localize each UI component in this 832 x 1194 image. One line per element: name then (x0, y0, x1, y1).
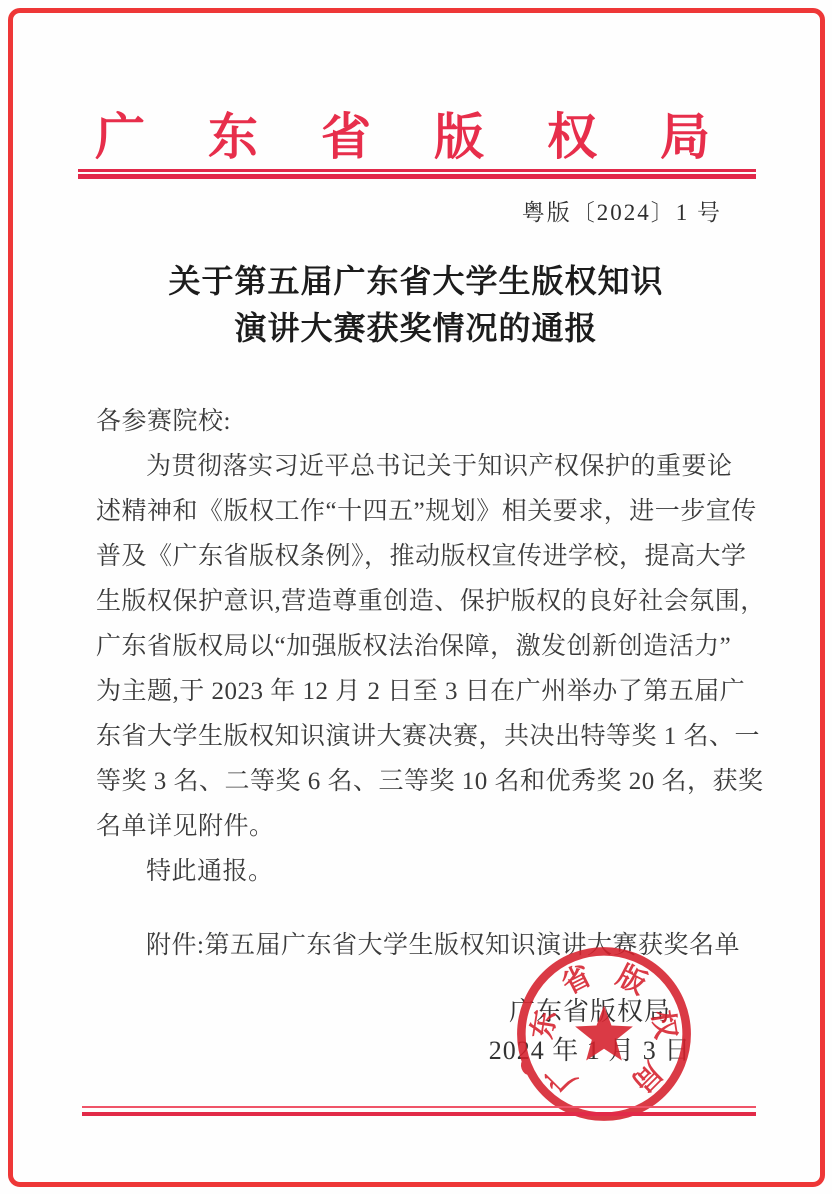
footer-thin-line (82, 1106, 756, 1108)
document-title: 关于第五届广东省大学生版权知识 演讲大赛获奖情况的通报 (0, 258, 832, 352)
header-separator-rule (78, 169, 756, 179)
body-line: 生版权保护意识,营造尊重创造、保护版权的良好社会氛围， (96, 579, 748, 624)
body-line: 为贯彻落实习近平总书记关于知识产权保护的重要论 (96, 444, 748, 489)
seal-char: 权 (646, 1008, 682, 1042)
official-seal: 广 东 省 版 权 局 (509, 939, 699, 1129)
body-line: 述精神和《版权工作“十四五”规划》相关要求，进一步宣传 (96, 489, 748, 534)
body-line-closing: 特此通报。 (96, 849, 748, 894)
star-icon (575, 1006, 633, 1061)
footer-separator-rule (82, 1106, 756, 1116)
seal-char: 东 (526, 1008, 562, 1042)
separator-thick-line (78, 174, 756, 179)
separator-thin-line (78, 169, 756, 172)
body-line: 广东省版权局以“加强版权法治保障，激发创新创造活力” (96, 624, 748, 669)
title-line-2: 演讲大赛获奖情况的通报 (0, 305, 832, 352)
salutation: 各参赛院校: (96, 399, 748, 444)
title-line-1: 关于第五届广东省大学生版权知识 (0, 258, 832, 305)
agency-name-header: 广东省版权局 (0, 97, 832, 169)
body-line: 普及《广东省版权条例》，推动版权宣传进学校，提高大学 (96, 534, 748, 579)
document-body: 各参赛院校: 为贯彻落实习近平总书记关于知识产权保护的重要论 述精神和《版权工作… (96, 399, 748, 968)
body-line: 为主题,于 2023 年 12 月 2 日至 3 日在广州举办了第五届广 (96, 669, 748, 714)
document-page: 广东省版权局 粤版〔2024〕1 号 关于第五届广东省大学生版权知识 演讲大赛获… (0, 0, 832, 1194)
body-line: 名单详见附件。 (96, 804, 748, 849)
footer-thick-line (82, 1112, 756, 1116)
document-number: 粤版〔2024〕1 号 (522, 194, 722, 227)
seal-char-group: 东 (526, 1008, 562, 1042)
body-line: 东省大学生版权知识演讲大赛决赛，共决出特等奖 1 名、一 (96, 714, 748, 759)
seal-char-group: 权 (646, 1008, 682, 1042)
body-line: 等奖 3 名、二等奖 6 名、三等奖 10 名和优秀奖 20 名，获奖 (96, 759, 748, 804)
